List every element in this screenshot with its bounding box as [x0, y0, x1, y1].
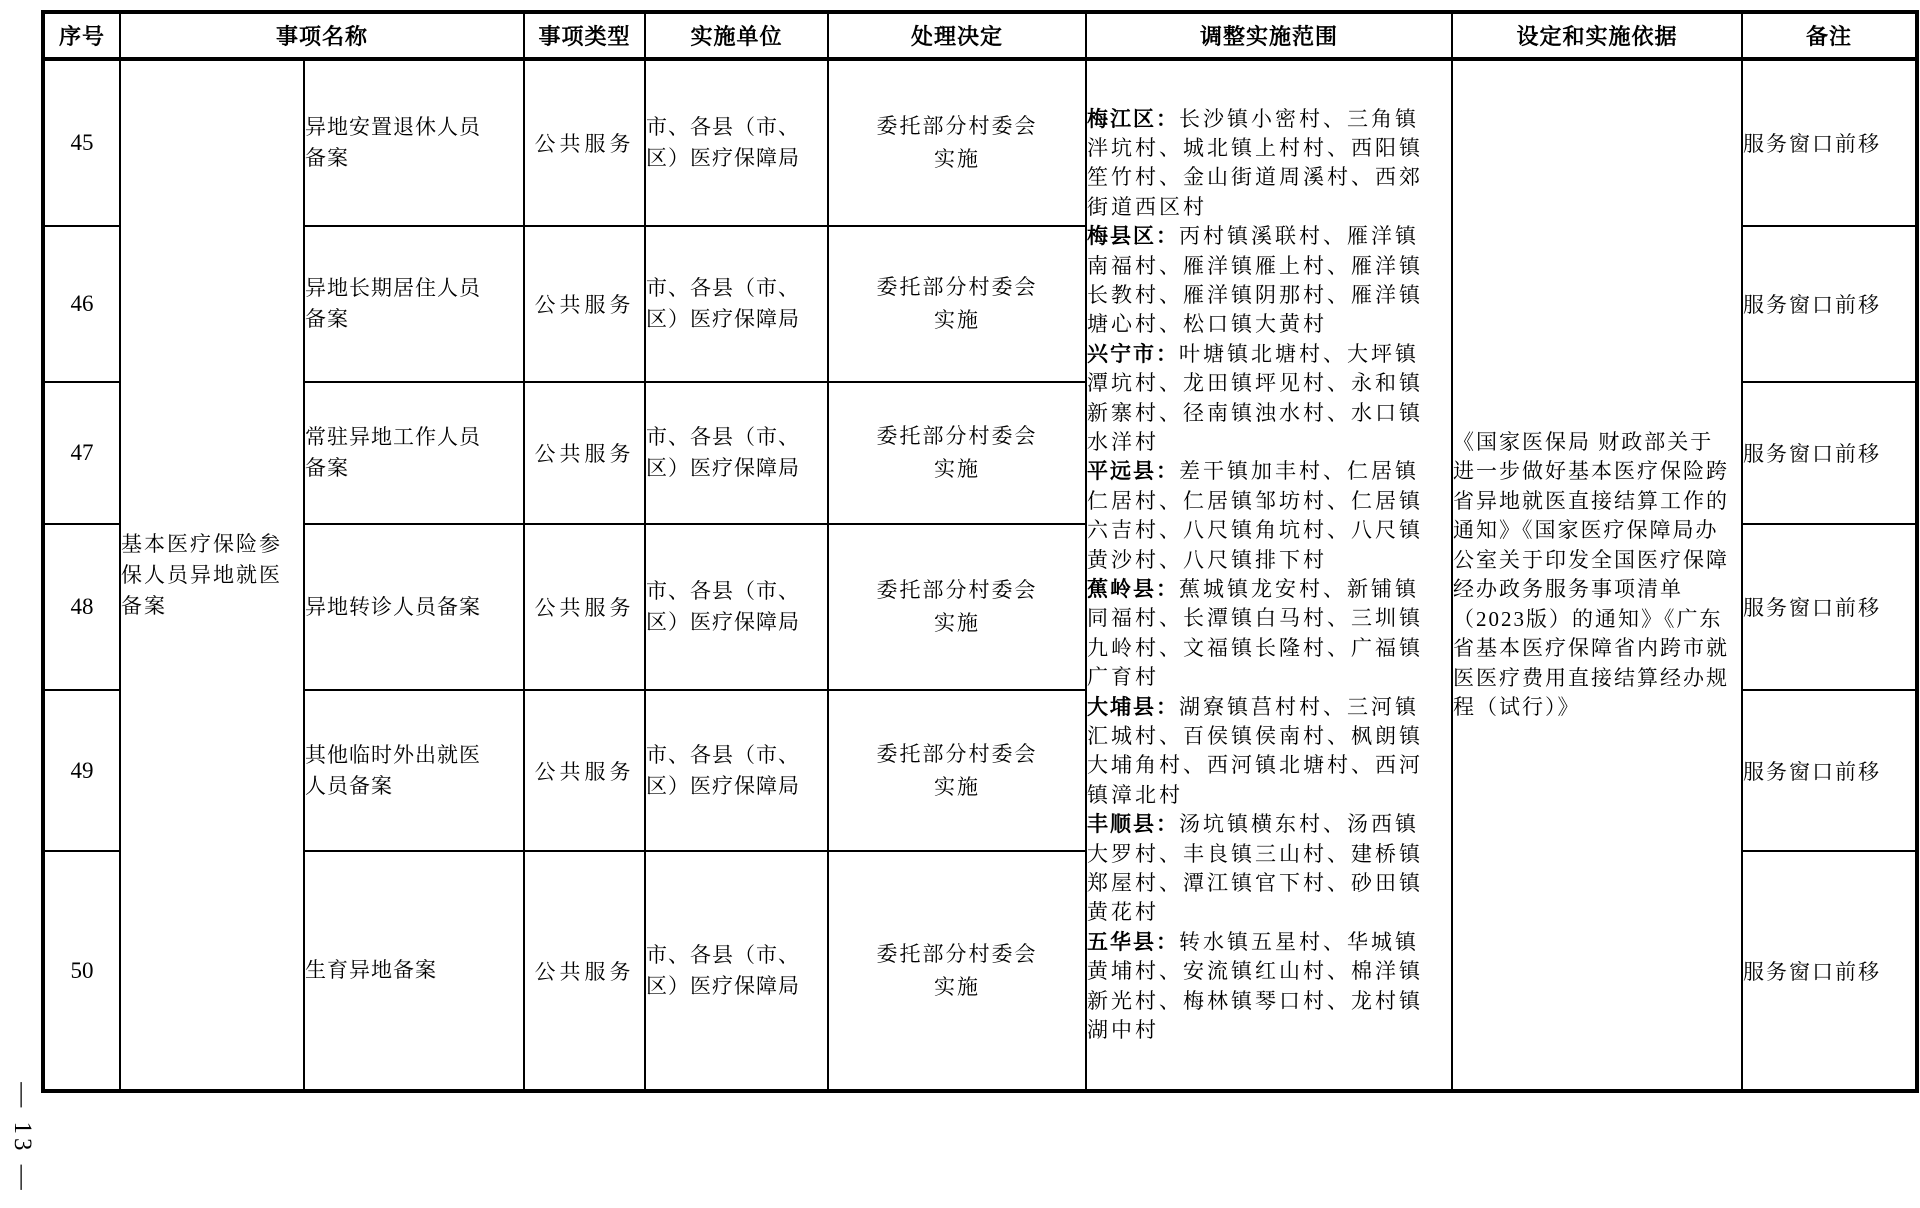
implement-unit-cell: 市、各县（市、 区）医疗保障局 — [645, 524, 828, 690]
district-entry: 丰顺县：汤坑镇横东村、汤西镇 大罗村、丰良镇三山村、建桥镇 郑屋村、潭江镇官下村… — [1087, 810, 1451, 928]
item-name-cell: 异地转诊人员备案 — [304, 524, 524, 690]
district-entry: 五华县：转水镇五星村、华城镇 黄埔村、安流镇红山村、棉洋镇 新光村、梅林镇琴口村… — [1087, 928, 1451, 1046]
header-item-type: 事项类型 — [524, 12, 645, 59]
serial-cell: 50 — [43, 851, 120, 1091]
remark-cell: 服务窗口前移 — [1742, 382, 1917, 524]
district-name-label: 蕉岭县： — [1087, 578, 1179, 601]
serial-cell: 47 — [43, 382, 120, 524]
item-name-cell: 异地长期居住人员 备案 — [304, 226, 524, 382]
item-type-cell: 公共服务 — [524, 382, 645, 524]
page-number: — 13 — — [8, 1082, 36, 1194]
district-entry: 蕉岭县：蕉城镇龙安村、新铺镇 同福村、长潭镇白马村、三圳镇 九岭村、文福镇长隆村… — [1087, 575, 1451, 693]
district-entry: 平远县：差干镇加丰村、仁居镇 仁居村、仁居镇邹坊村、仁居镇 六吉村、八尺镇角坑村… — [1087, 457, 1451, 575]
decision-cell: 委托部分村委会 实施 — [828, 690, 1086, 851]
implement-unit-cell: 市、各县（市、 区）医疗保障局 — [645, 851, 828, 1091]
item-name-cell: 其他临时外出就医 人员备案 — [304, 690, 524, 851]
header-item-name: 事项名称 — [120, 12, 524, 59]
item-name-cell: 常驻异地工作人员 备案 — [304, 382, 524, 524]
item-type-cell: 公共服务 — [524, 851, 645, 1091]
item-type-cell: 公共服务 — [524, 524, 645, 690]
header-basis: 设定和实施依据 — [1452, 12, 1742, 59]
district-name-label: 兴宁市： — [1087, 343, 1179, 366]
document-page: — 13 — 序号 事项名称 事项类型 实施单位 处理决定 — [0, 0, 1920, 1208]
header-serial: 序号 — [43, 12, 120, 59]
header-decision: 处理决定 — [828, 12, 1086, 59]
header-remark: 备注 — [1742, 12, 1917, 59]
table-header-row: 序号 事项名称 事项类型 实施单位 处理决定 调整实施范围 设定和实施依据 备注 — [43, 12, 1917, 59]
decision-cell: 委托部分村委会 实施 — [828, 226, 1086, 382]
district-entry: 大埔县：湖寮镇莒村村、三河镇 汇城村、百侯镇侯南村、枫朗镇 大埔角村、西河镇北塘… — [1087, 693, 1451, 811]
remark-cell: 服务窗口前移 — [1742, 690, 1917, 851]
remark-cell: 服务窗口前移 — [1742, 851, 1917, 1091]
category-cell: 基本医疗保险参 保人员异地就医 备案 — [120, 59, 304, 1091]
serial-cell: 49 — [43, 690, 120, 851]
table-row-45: 45 基本医疗保险参 保人员异地就医 备案 异地安置退休人员 备案 公共服务 市… — [43, 59, 1917, 226]
remark-cell: 服务窗口前移 — [1742, 226, 1917, 382]
item-type-cell: 公共服务 — [524, 690, 645, 851]
item-type-cell: 公共服务 — [524, 59, 645, 226]
decision-cell: 委托部分村委会 实施 — [828, 59, 1086, 226]
district-entry: 兴宁市：叶塘镇北塘村、大坪镇 潭坑村、龙田镇坪见村、永和镇 新寨村、径南镇浊水村… — [1087, 340, 1451, 458]
item-name-cell: 生育异地备案 — [304, 851, 524, 1091]
item-name-cell: 异地安置退休人员 备案 — [304, 59, 524, 226]
district-name-label: 大埔县： — [1087, 696, 1179, 719]
district-name-label: 平远县： — [1087, 460, 1179, 483]
service-items-table-wrap: 序号 事项名称 事项类型 实施单位 处理决定 调整实施范围 设定和实施依据 备注… — [41, 10, 1919, 1093]
header-implement-unit: 实施单位 — [645, 12, 828, 59]
implement-unit-cell: 市、各县（市、 区）医疗保障局 — [645, 382, 828, 524]
remark-cell: 服务窗口前移 — [1742, 524, 1917, 690]
item-type-cell: 公共服务 — [524, 226, 645, 382]
district-entry: 梅江区：长沙镇小密村、三角镇 泮坑村、城北镇上村村、西阳镇 笙竹村、金山街道周溪… — [1087, 105, 1451, 223]
implement-unit-cell: 市、各县（市、 区）医疗保障局 — [645, 59, 828, 226]
service-items-table: 序号 事项名称 事项类型 实施单位 处理决定 调整实施范围 设定和实施依据 备注… — [41, 10, 1919, 1093]
serial-cell: 46 — [43, 226, 120, 382]
header-scope: 调整实施范围 — [1086, 12, 1452, 59]
scope-cell: 梅江区：长沙镇小密村、三角镇 泮坑村、城北镇上村村、西阳镇 笙竹村、金山街道周溪… — [1086, 59, 1452, 1091]
district-entry: 梅县区：丙村镇溪联村、雁洋镇 南福村、雁洋镇雁上村、雁洋镇 长教村、雁洋镇阴那村… — [1087, 222, 1451, 340]
serial-cell: 48 — [43, 524, 120, 690]
district-name-label: 五华县： — [1087, 931, 1179, 954]
implement-unit-cell: 市、各县（市、 区）医疗保障局 — [645, 226, 828, 382]
district-name-label: 丰顺县： — [1087, 813, 1179, 836]
serial-cell: 45 — [43, 59, 120, 226]
decision-cell: 委托部分村委会 实施 — [828, 851, 1086, 1091]
remark-cell: 服务窗口前移 — [1742, 59, 1917, 226]
implement-unit-cell: 市、各县（市、 区）医疗保障局 — [645, 690, 828, 851]
district-name-label: 梅江区： — [1087, 108, 1179, 131]
basis-cell: 《国家医保局 财政部关于 进一步做好基本医疗保险跨 省异地就医直接结算工作的 通… — [1452, 59, 1742, 1091]
decision-cell: 委托部分村委会 实施 — [828, 382, 1086, 524]
decision-cell: 委托部分村委会 实施 — [828, 524, 1086, 690]
district-name-label: 梅县区： — [1087, 225, 1179, 248]
